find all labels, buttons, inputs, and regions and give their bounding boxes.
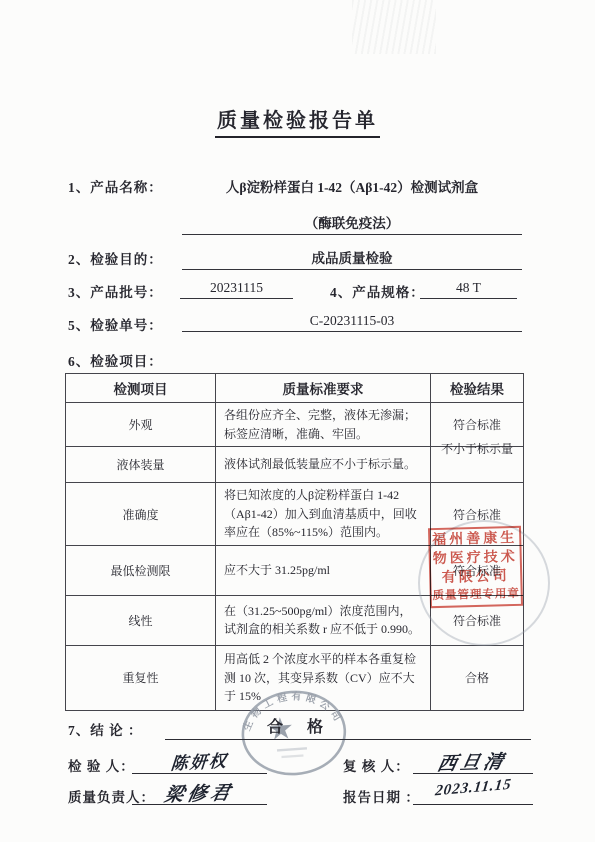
- cell-item: 外观: [66, 403, 216, 447]
- page-title: 质量检验报告单: [0, 104, 595, 138]
- batch-no-value: 20231115: [180, 280, 293, 299]
- field-label-report-date: 报告日期 ：: [343, 786, 420, 806]
- cell-item: 线性: [66, 595, 216, 645]
- quality-manager-signature: 梁修君: [162, 778, 237, 808]
- field-label-spec: 4、产品规格：: [330, 281, 425, 301]
- inspector-signature: 陈妍权: [170, 746, 229, 774]
- spec-value: 48 T: [420, 280, 517, 299]
- table-row: 液体装量 液体试剂最低装量应不小于标示量。 不小于标示量: [66, 447, 524, 483]
- col-header-standard: 质量标准要求: [216, 374, 431, 403]
- table-row: 最低检测限 应不大于 31.25pg/ml 符合标准: [66, 545, 524, 595]
- inspector-signature-line: 陈妍权: [132, 748, 267, 774]
- report-date-line: 2023.11.15: [413, 779, 533, 805]
- field-label-reviewer: 复 核 人：: [343, 755, 410, 775]
- cell-standard: 应不大于 31.25pg/ml: [216, 545, 431, 595]
- conclusion-value-line: 合 格: [165, 714, 531, 740]
- cell-standard: 各组份应齐全、完整，液体无渗漏；标签应清晰，准确、牢固。: [216, 403, 431, 447]
- quality-inspection-report: 质量检验报告单 1、产品名称： 人β淀粉样蛋白 1-42（Aβ1-42）检测试剂…: [0, 0, 595, 842]
- report-no-value: C-20231115-03: [182, 313, 522, 332]
- cell-standard: 在（31.25~500pg/ml）浓度范围内，试剂盒的相关系数 r 应不低于 0…: [216, 595, 431, 645]
- reviewer-signature: 西旦清: [436, 747, 511, 777]
- report-date-value: 2023.11.15: [434, 777, 513, 801]
- field-label-batch-no: 3、产品批号：: [68, 281, 163, 301]
- cell-result: 合格: [431, 645, 524, 710]
- cell-result: 不小于标示量: [441, 440, 513, 457]
- field-label-inspector: 检 验 人：: [68, 755, 135, 775]
- reviewer-signature-line: 西旦清: [413, 748, 533, 774]
- cell-item: 准确度: [66, 483, 216, 546]
- table-header-row: 检测项目 质量标准要求 检验结果: [66, 374, 524, 403]
- cell-item: 液体装量: [66, 447, 216, 483]
- table-row: 重复性 用高低 2 个浓度水平的样本各重复检测 10 次，其变异系数（CV）应不…: [66, 645, 524, 710]
- col-header-item: 检测项目: [66, 374, 216, 403]
- purpose-value: 成品质量检验: [182, 247, 522, 270]
- field-label-purpose: 2、检验目的：: [68, 248, 163, 268]
- cell-standard: 液体试剂最低装量应不小于标示量。: [216, 447, 431, 483]
- cell-result: 符合标准: [431, 545, 524, 595]
- inspection-items-table: 检测项目 质量标准要求 检验结果 外观 各组份应齐全、完整，液体无渗漏；标签应清…: [65, 373, 524, 711]
- cell-result: 符合标准: [431, 595, 524, 645]
- col-header-result: 检验结果: [431, 374, 524, 403]
- field-label-conclusion: 7、结 论 ：: [68, 719, 143, 739]
- cell-standard: 用高低 2 个浓度水平的样本各重复检测 10 次，其变异系数（CV）应不大于 1…: [216, 645, 431, 710]
- field-label-report-no: 5、检验单号：: [68, 314, 163, 334]
- cell-standard: 将已知浓度的人β淀粉样蛋白 1-42（Aβ1-42）加入到血清基质中，回收率应在…: [216, 483, 431, 546]
- cell-item: 重复性: [66, 645, 216, 710]
- cell-result: 符合标准: [431, 483, 524, 546]
- product-name-line2: （酶联免疫法）: [182, 212, 522, 235]
- conclusion-value: 合 格: [267, 719, 333, 736]
- table-row: 线性 在（31.25~500pg/ml）浓度范围内，试剂盒的相关系数 r 应不低…: [66, 595, 524, 645]
- page-title-text: 质量检验报告单: [215, 104, 380, 138]
- field-label-items: 6、检验项目：: [68, 350, 163, 370]
- product-name-line1: 人β淀粉样蛋白 1-42（Aβ1-42）检测试剂盒: [182, 176, 522, 196]
- cell-item: 最低检测限: [66, 545, 216, 595]
- quality-manager-signature-line: 梁修君: [132, 779, 267, 805]
- table-row: 准确度 将已知浓度的人β淀粉样蛋白 1-42（Aβ1-42）加入到血清基质中，回…: [66, 483, 524, 546]
- scan-artifact: [352, 0, 436, 54]
- field-label-product-name: 1、产品名称：: [68, 176, 163, 196]
